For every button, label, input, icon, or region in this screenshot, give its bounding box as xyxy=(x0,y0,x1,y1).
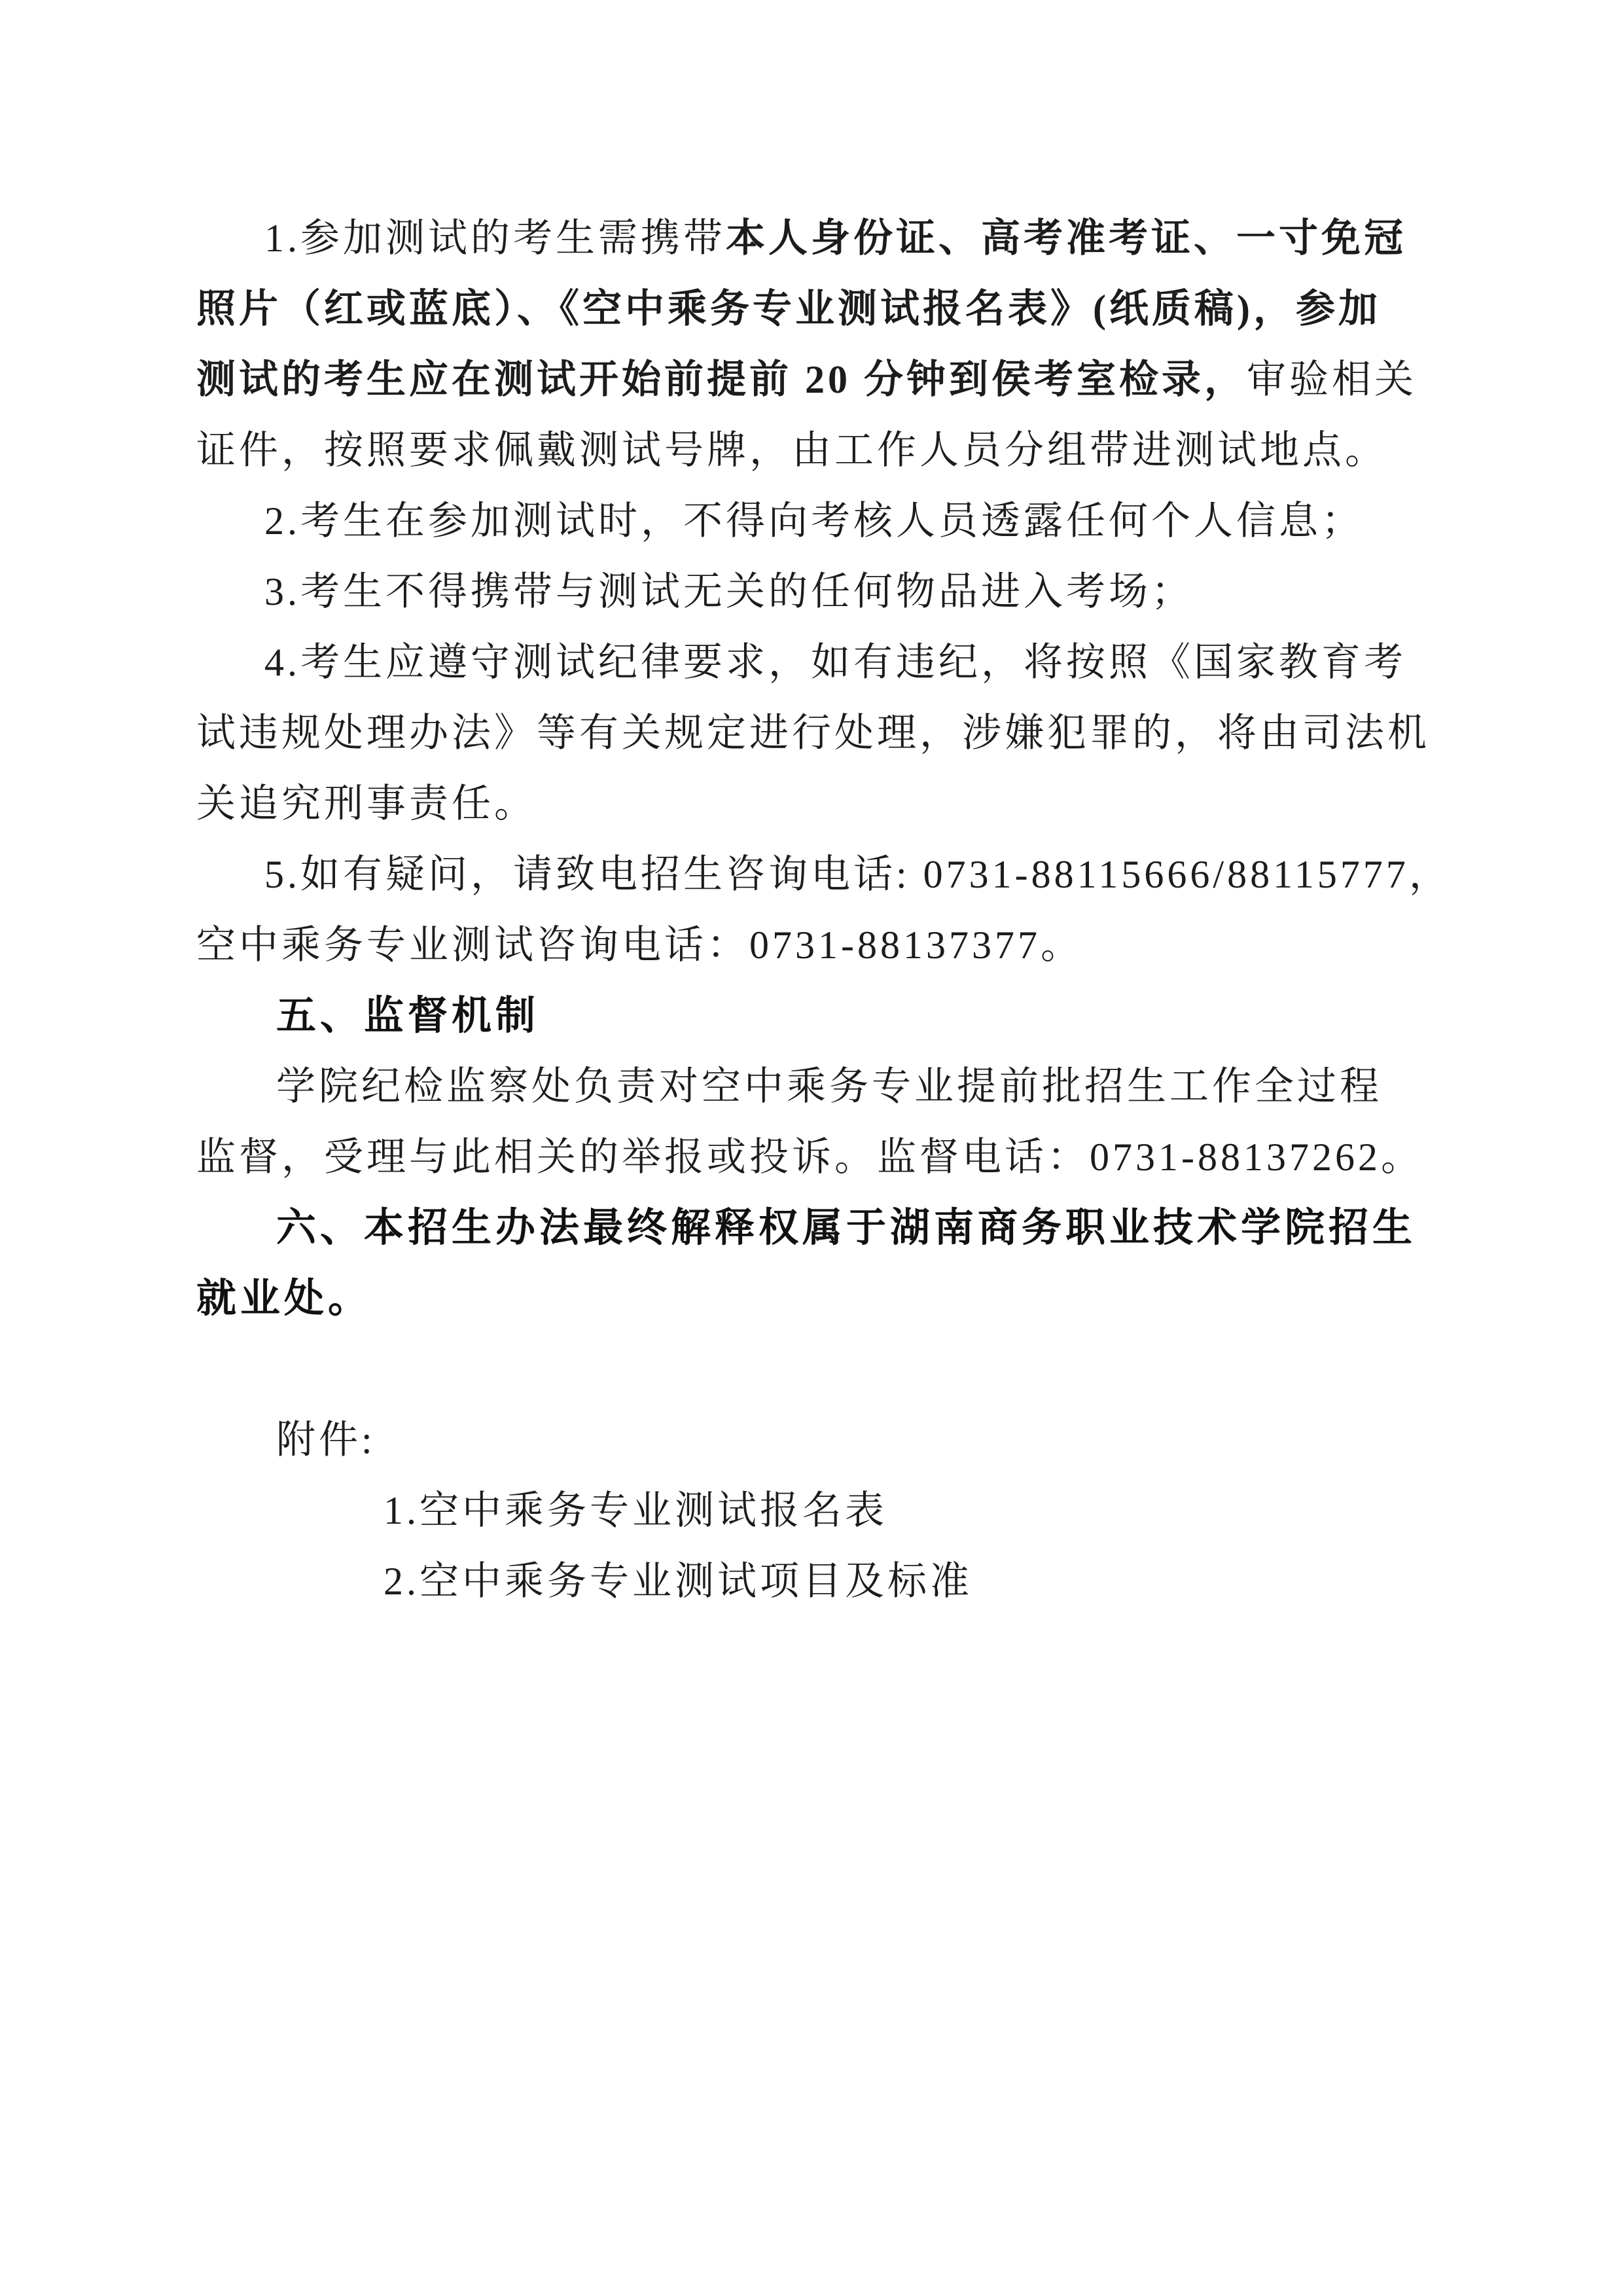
attachments-label: 附件: xyxy=(196,1405,1430,1475)
line-1-regular: 1.参加测试的考生需携带 xyxy=(264,217,726,260)
line-3-bold: 测试的考生应在测试开始前提前 20 分钟到侯考室检录， xyxy=(196,358,1247,401)
attachment-item-2: 2.空中乘务专业测试项目及标准 xyxy=(196,1546,1430,1617)
line-8-text: 试违规处理办法》等有关规定进行处理，涉嫌犯罪的，将由司法机 xyxy=(196,711,1430,755)
body-line-9: 关追究刑事责任。 xyxy=(196,768,1430,839)
attachment-item-1: 1.空中乘务专业测试报名表 xyxy=(196,1475,1430,1546)
line-13-text: 学院纪检监察处负责对空中乘务专业提前批招生工作全过程 xyxy=(276,1065,1382,1108)
line-11-text: 空中乘务专业测试咨询电话：0731-88137377。 xyxy=(196,924,1083,967)
body-line-11: 空中乘务专业测试咨询电话：0731-88137377。 xyxy=(196,910,1430,980)
body-line-8: 试违规处理办法》等有关规定进行处理，涉嫌犯罪的，将由司法机 xyxy=(196,698,1430,768)
line-4-text: 证件，按照要求佩戴测试号牌，由工作人员分组带进测试地点。 xyxy=(196,429,1387,472)
document-body: 1.参加测试的考生需携带本人身份证、高考准考证、一寸免冠 照片（红或蓝底）、《空… xyxy=(196,203,1430,1617)
document-page: 1.参加测试的考生需携带本人身份证、高考准考证、一寸免冠 照片（红或蓝底）、《空… xyxy=(0,0,1623,2296)
section-heading-6: 六、本招生办法最终解释权属于湖南商务职业技术学院招生 xyxy=(196,1193,1430,1263)
line-3-regular: 审验相关 xyxy=(1247,358,1417,401)
section-heading-6-cont: 就业处。 xyxy=(196,1263,1430,1334)
body-line-3: 测试的考生应在测试开始前提前 20 分钟到侯考室检录，审验相关 xyxy=(196,344,1430,415)
line-1-bold: 本人身份证、高考准考证、一寸免冠 xyxy=(726,217,1406,260)
heading-6-cont-text: 就业处。 xyxy=(196,1275,372,1321)
line-6-text: 3.考生不得携带与测试无关的任何物品进入考场； xyxy=(264,570,1194,613)
blank-line xyxy=(196,1334,1430,1405)
body-line-6: 3.考生不得携带与测试无关的任何物品进入考场； xyxy=(196,556,1430,627)
line-5-text: 2.考生在参加测试时，不得向考核人员透露任何个人信息； xyxy=(264,499,1364,543)
body-line-4: 证件，按照要求佩戴测试号牌，由工作人员分组带进测试地点。 xyxy=(196,415,1430,486)
line-9-text: 关追究刑事责任。 xyxy=(196,782,537,825)
attachment-item-1-text: 1.空中乘务专业测试报名表 xyxy=(383,1489,887,1532)
line-7-text: 4.考生应遵守测试纪律要求，如有违纪，将按照《国家教育考 xyxy=(264,641,1406,684)
line-2-bold: 照片（红或蓝底）、《空中乘务专业测试报名表》(纸质稿)，参加 xyxy=(196,287,1381,331)
heading-6-text: 六、本招生办法最终解释权属于湖南商务职业技术学院招生 xyxy=(276,1204,1416,1251)
line-10-text: 5.如有疑问，请致电招生咨询电话: 0731-88115666/88115777… xyxy=(264,853,1452,896)
line-14-text: 监督，受理与此相关的举报或投诉。监督电话：0731-88137262。 xyxy=(196,1136,1423,1179)
body-line-14: 监督，受理与此相关的举报或投诉。监督电话：0731-88137262。 xyxy=(196,1122,1430,1193)
attachment-item-2-text: 2.空中乘务专业测试项目及标准 xyxy=(383,1560,972,1603)
body-line-1: 1.参加测试的考生需携带本人身份证、高考准考证、一寸免冠 xyxy=(196,203,1430,274)
body-line-10: 5.如有疑问，请致电招生咨询电话: 0731-88115666/88115777… xyxy=(196,839,1430,910)
section-heading-5: 五、监督机制 xyxy=(196,980,1430,1051)
body-line-13: 学院纪检监察处负责对空中乘务专业提前批招生工作全过程 xyxy=(196,1051,1430,1122)
body-line-2: 照片（红或蓝底）、《空中乘务专业测试报名表》(纸质稿)，参加 xyxy=(196,274,1430,344)
attachments-label-text: 附件: xyxy=(276,1418,376,1462)
heading-5-text: 五、监督机制 xyxy=(276,992,539,1039)
body-line-5: 2.考生在参加测试时，不得向考核人员透露任何个人信息； xyxy=(196,486,1430,556)
body-line-7: 4.考生应遵守测试纪律要求，如有违纪，将按照《国家教育考 xyxy=(196,627,1430,698)
